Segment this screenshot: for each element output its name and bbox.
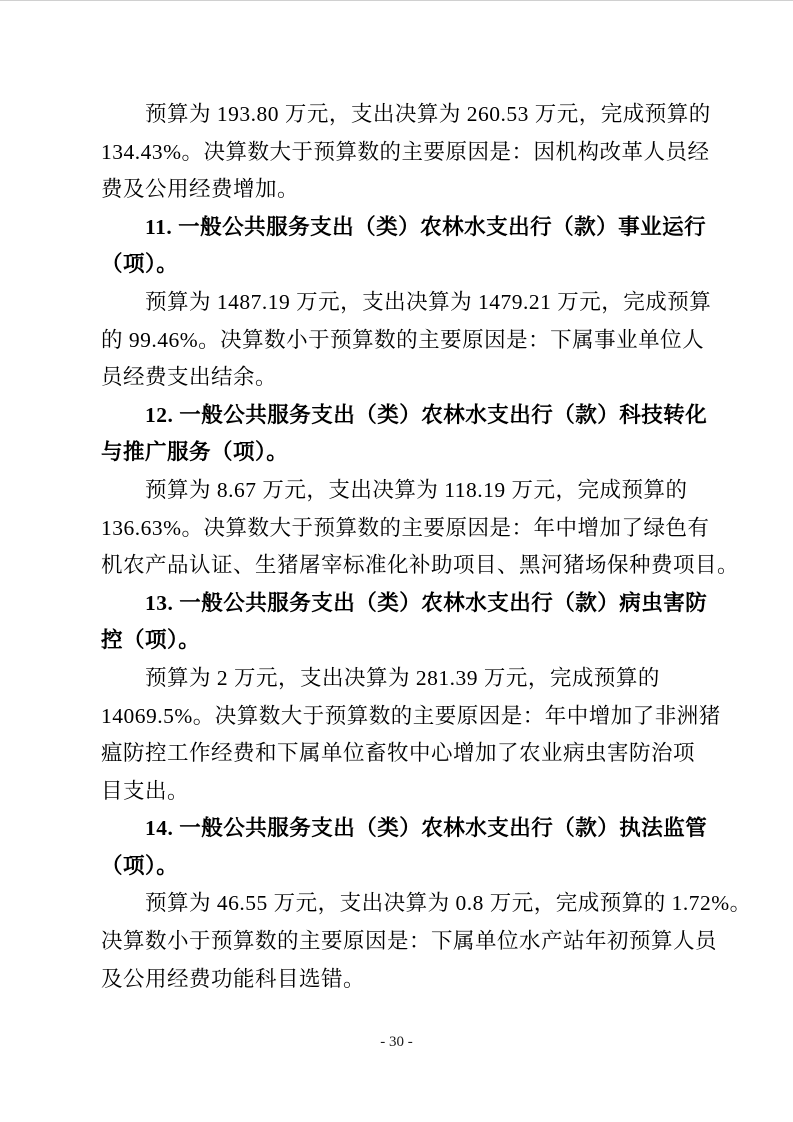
intro-paragraph: 预算为 193.80 万元，支出决算为 260.53 万元，完成预算的 134.… <box>101 96 715 209</box>
text-line: 目支出。 <box>101 773 715 811</box>
section-12-paragraph: 预算为 8.67 万元，支出决算为 118.19 万元，完成预算的 136.63… <box>101 472 715 585</box>
text-line: 预算为 1487.19 万元，支出决算为 1479.21 万元，完成预算 <box>101 284 715 322</box>
heading-line: （项）。 <box>101 246 715 284</box>
section-12-heading: 12. 一般公共服务支出（类）农林水支出行（款）科技转化 与推广服务（项）。 <box>101 397 715 472</box>
text-line: 员经费支出结余。 <box>101 359 715 397</box>
text-line: 及公用经费功能科目选错。 <box>101 961 715 999</box>
heading-line: （项）。 <box>101 848 715 886</box>
text-line: 136.63%。决算数大于预算数的主要原因是：年中增加了绿色有 <box>101 510 715 548</box>
section-13-paragraph: 预算为 2 万元，支出决算为 281.39 万元，完成预算的 14069.5%。… <box>101 660 715 810</box>
text-line: 的 99.46%。决算数小于预算数的主要原因是：下属事业单位人 <box>101 322 715 360</box>
document-body: 预算为 193.80 万元，支出决算为 260.53 万元，完成预算的 134.… <box>101 96 715 998</box>
text-line: 费及公用经费增加。 <box>101 171 715 209</box>
text-line: 预算为 2 万元，支出决算为 281.39 万元，完成预算的 <box>101 660 715 698</box>
heading-line: 控（项）。 <box>101 622 715 660</box>
text-line: 14069.5%。决算数大于预算数的主要原因是：年中增加了非洲猪 <box>101 698 715 736</box>
page-footer: - 30 - <box>0 1031 793 1053</box>
section-11-heading: 11. 一般公共服务支出（类）农林水支出行（款）事业运行 （项）。 <box>101 209 715 284</box>
heading-line: 14. 一般公共服务支出（类）农林水支出行（款）执法监管 <box>101 810 715 848</box>
text-line: 预算为 8.67 万元，支出决算为 118.19 万元，完成预算的 <box>101 472 715 510</box>
heading-line: 11. 一般公共服务支出（类）农林水支出行（款）事业运行 <box>101 209 715 247</box>
text-line: 瘟防控工作经费和下属单位畜牧中心增加了农业病虫害防治项 <box>101 735 715 773</box>
section-14-heading: 14. 一般公共服务支出（类）农林水支出行（款）执法监管 （项）。 <box>101 810 715 885</box>
text-line: 决算数小于预算数的主要原因是：下属单位水产站年初预算人员 <box>101 923 715 961</box>
section-11-paragraph: 预算为 1487.19 万元，支出决算为 1479.21 万元，完成预算 的 9… <box>101 284 715 397</box>
text-line: 机农产品认证、生猪屠宰标准化补助项目、黑河猪场保种费项目。 <box>101 547 715 585</box>
text-line: 预算为 46.55 万元，支出决算为 0.8 万元，完成预算的 1.72%。 <box>101 885 715 923</box>
document-page: 预算为 193.80 万元，支出决算为 260.53 万元，完成预算的 134.… <box>0 0 793 1122</box>
heading-line: 13. 一般公共服务支出（类）农林水支出行（款）病虫害防 <box>101 585 715 623</box>
text-line: 预算为 193.80 万元，支出决算为 260.53 万元，完成预算的 <box>101 96 715 134</box>
section-14-paragraph: 预算为 46.55 万元，支出决算为 0.8 万元，完成预算的 1.72%。 决… <box>101 885 715 998</box>
section-13-heading: 13. 一般公共服务支出（类）农林水支出行（款）病虫害防 控（项）。 <box>101 585 715 660</box>
page-number: - 30 - <box>380 1034 413 1050</box>
heading-line: 与推广服务（项）。 <box>101 434 715 472</box>
heading-line: 12. 一般公共服务支出（类）农林水支出行（款）科技转化 <box>101 397 715 435</box>
text-line: 134.43%。决算数大于预算数的主要原因是：因机构改革人员经 <box>101 134 715 172</box>
